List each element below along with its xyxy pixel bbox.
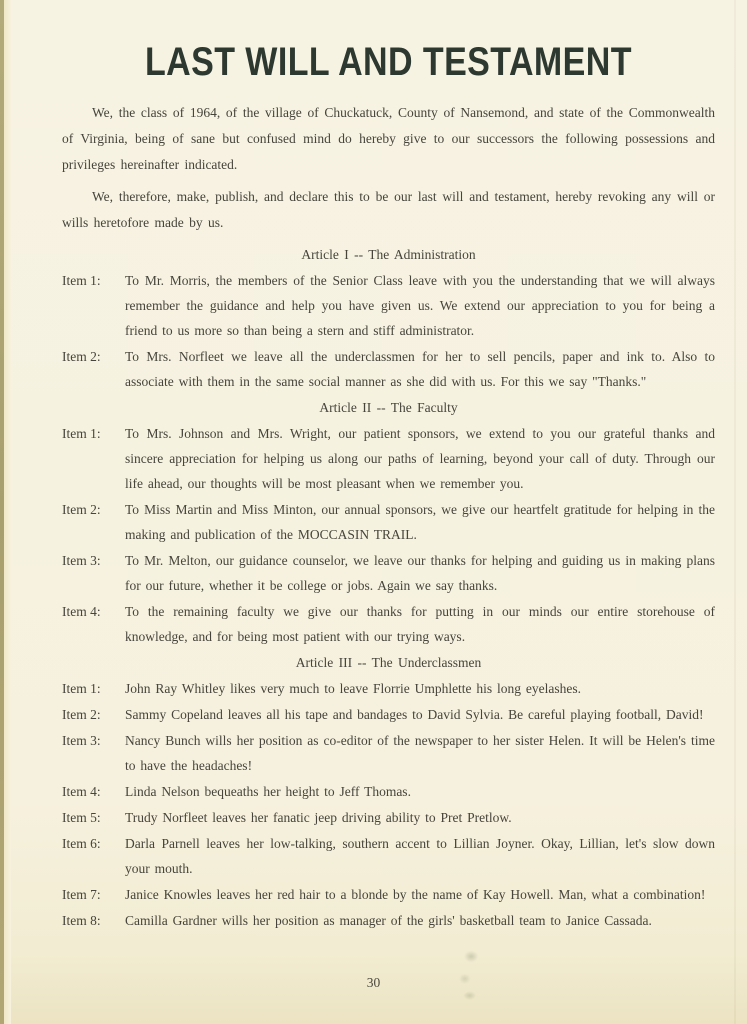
- article-section-2: Article II -- The FacultyItem 1:To Mrs. …: [62, 395, 715, 649]
- item-label: Item 2:: [62, 702, 125, 727]
- item-label: Item 4:: [62, 779, 125, 804]
- item-text: To Miss Martin and Miss Minton, our annu…: [125, 497, 715, 547]
- page-title: LAST WILL AND TESTAMENT: [62, 40, 715, 84]
- article-heading: Article III -- The Underclassmen: [62, 650, 715, 675]
- will-item: Item 2:To Mrs. Norfleet we leave all the…: [62, 344, 715, 394]
- item-text: Sammy Copeland leaves all his tape and b…: [125, 702, 715, 727]
- item-label: Item 1:: [62, 676, 125, 701]
- item-text: To the remaining faculty we give our tha…: [125, 599, 715, 649]
- item-text: To Mr. Morris, the members of the Senior…: [125, 268, 715, 343]
- item-label: Item 1:: [62, 268, 125, 343]
- item-label: Item 4:: [62, 599, 125, 649]
- page-right-crease: [734, 0, 736, 1024]
- item-text: Janice Knowles leaves her red hair to a …: [125, 882, 715, 907]
- intro-paragraph-1: We, the class of 1964, of the village of…: [62, 100, 715, 178]
- will-item: Item 1:To Mrs. Johnson and Mrs. Wright, …: [62, 421, 715, 496]
- item-label: Item 3:: [62, 728, 125, 778]
- page-number: 30: [0, 975, 747, 991]
- will-item: Item 1:John Ray Whitley likes very much …: [62, 676, 715, 701]
- will-item: Item 4:To the remaining faculty we give …: [62, 599, 715, 649]
- will-item: Item 5:Trudy Norfleet leaves her fanatic…: [62, 805, 715, 830]
- page-title-text: LAST WILL AND TESTAMENT: [145, 40, 632, 84]
- item-text: Trudy Norfleet leaves her fanatic jeep d…: [125, 805, 715, 830]
- will-item: Item 3:To Mr. Melton, our guidance couns…: [62, 548, 715, 598]
- will-item: Item 7:Janice Knowles leaves her red hai…: [62, 882, 715, 907]
- item-text: To Mrs. Johnson and Mrs. Wright, our pat…: [125, 421, 715, 496]
- item-label: Item 1:: [62, 421, 125, 496]
- item-label: Item 2:: [62, 497, 125, 547]
- will-item: Item 2:To Miss Martin and Miss Minton, o…: [62, 497, 715, 547]
- item-label: Item 5:: [62, 805, 125, 830]
- will-item: Item 2:Sammy Copeland leaves all his tap…: [62, 702, 715, 727]
- will-item: Item 1:To Mr. Morris, the members of the…: [62, 268, 715, 343]
- item-label: Item 3:: [62, 548, 125, 598]
- intro-paragraph-2: We, therefore, make, publish, and declar…: [62, 184, 715, 236]
- article-section-3: Article III -- The UnderclassmenItem 1:J…: [62, 650, 715, 933]
- article-heading: Article I -- The Administration: [62, 242, 715, 267]
- page-left-edge-highlight: [4, 0, 11, 1024]
- article-section-1: Article I -- The AdministrationItem 1:To…: [62, 242, 715, 394]
- will-item: Item 3:Nancy Bunch wills her position as…: [62, 728, 715, 778]
- item-text: Nancy Bunch wills her position as co-edi…: [125, 728, 715, 778]
- item-text: To Mr. Melton, our guidance counselor, w…: [125, 548, 715, 598]
- yearbook-page: LAST WILL AND TESTAMENT We, the class of…: [0, 0, 747, 1024]
- item-text: Darla Parnell leaves her low-talking, so…: [125, 831, 715, 881]
- item-label: Item 8:: [62, 908, 125, 933]
- page-content: LAST WILL AND TESTAMENT We, the class of…: [62, 40, 715, 934]
- article-heading: Article II -- The Faculty: [62, 395, 715, 420]
- item-text: John Ray Whitley likes very much to leav…: [125, 676, 715, 701]
- item-label: Item 2:: [62, 344, 125, 394]
- will-item: Item 4:Linda Nelson bequeaths her height…: [62, 779, 715, 804]
- item-label: Item 7:: [62, 882, 125, 907]
- articles-container: Article I -- The AdministrationItem 1:To…: [62, 242, 715, 933]
- item-text: Camilla Gardner wills her position as ma…: [125, 908, 715, 933]
- will-item: Item 8:Camilla Gardner wills her positio…: [62, 908, 715, 933]
- item-text: To Mrs. Norfleet we leave all the underc…: [125, 344, 715, 394]
- will-item: Item 6:Darla Parnell leaves her low-talk…: [62, 831, 715, 881]
- item-label: Item 6:: [62, 831, 125, 881]
- item-text: Linda Nelson bequeaths her height to Jef…: [125, 779, 715, 804]
